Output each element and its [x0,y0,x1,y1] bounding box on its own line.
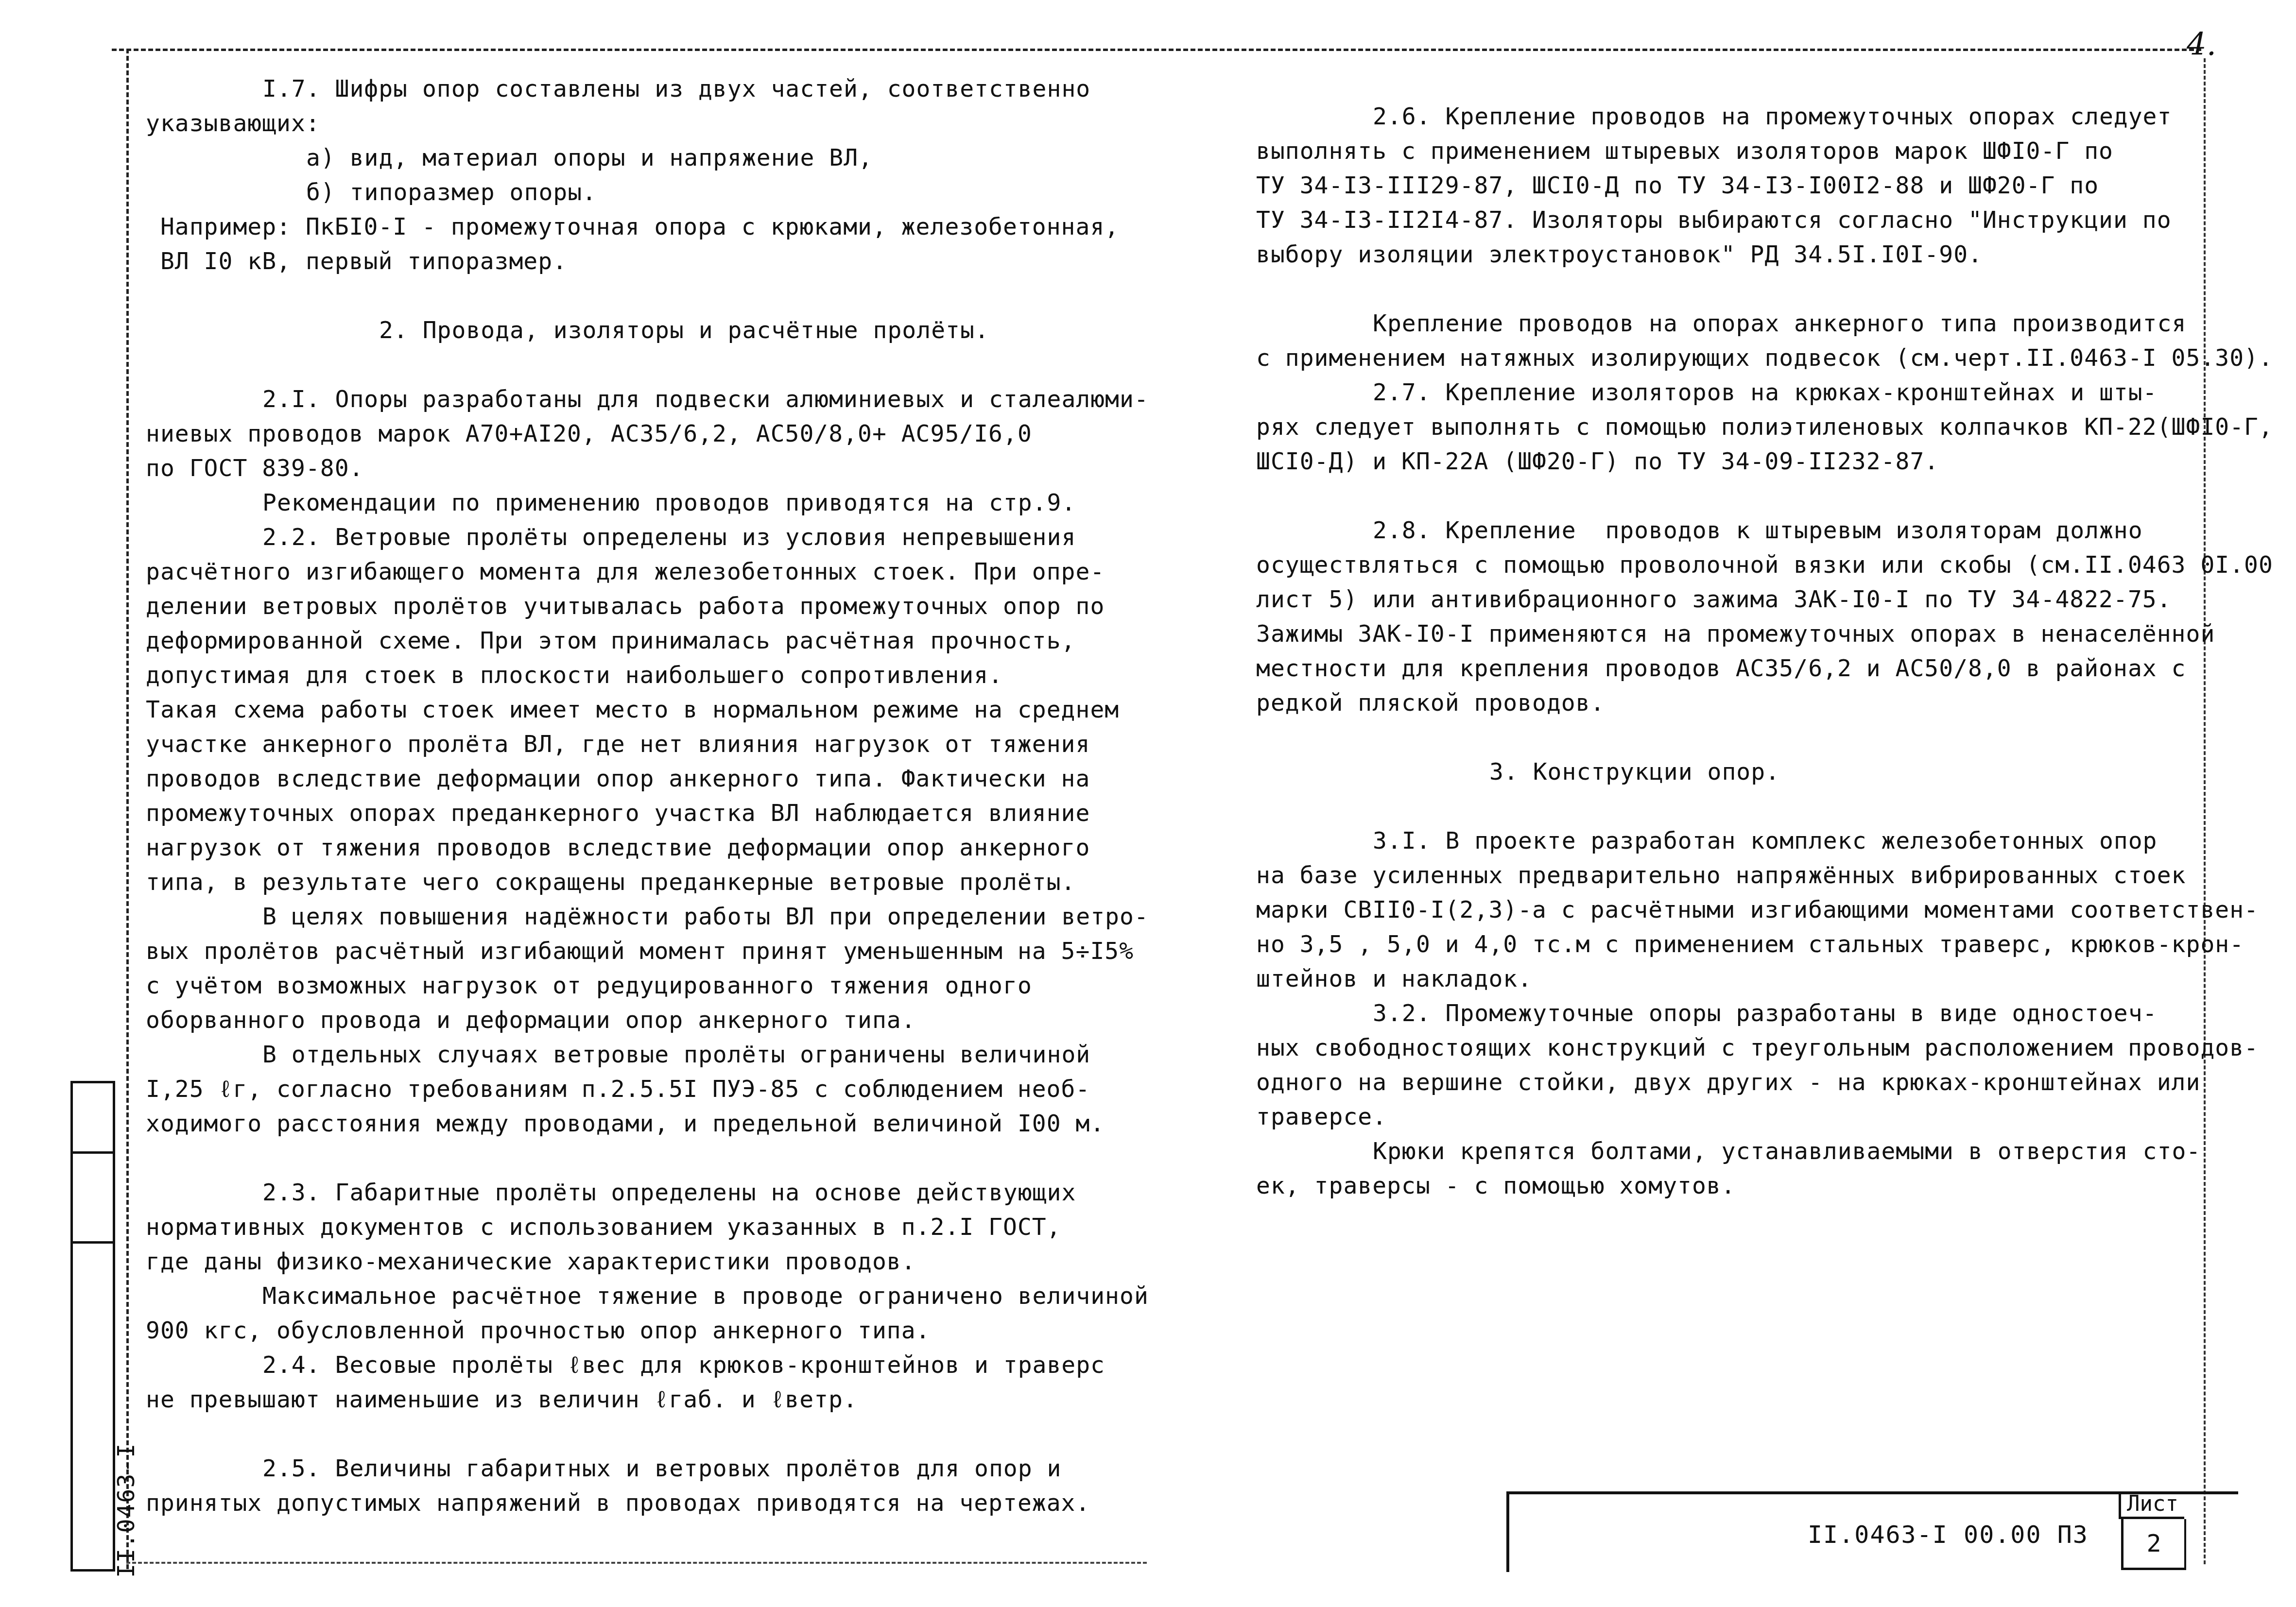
text-line: Такая схема работы стоек имеет место в н… [146,693,1149,727]
text-line: 2.6. Крепление проводов на промежуточных… [1256,100,2273,134]
text-line [1256,272,2273,307]
text-line: 2.8. Крепление проводов к штыревым изоля… [1256,513,2273,548]
text-line: выбору изоляции электроустановок" РД 34.… [1256,238,2273,272]
text-line: промежуточных опорах преданкерного участ… [146,796,1149,831]
left-text-column: I.7. Шифры опор составлены из двух часте… [146,72,1149,1521]
text-line: ходимого расстояния между проводами, и п… [146,1107,1149,1141]
text-line: оборванного провода и деформации опор ан… [146,1003,1149,1038]
text-line: 900 кгс, обусловленной прочностью опор а… [146,1314,1149,1348]
text-line: рях следует выполнять с помощью полиэтил… [1256,410,2273,444]
text-line: местности для крепления проводов АС35/6,… [1256,651,2273,686]
text-line: нормативных документов с использованием … [146,1210,1149,1245]
text-line: 3.2. Промежуточные опоры разработаны в в… [1256,996,2273,1031]
text-line [1256,479,2273,513]
text-line: 2.7. Крепление изоляторов на крюках-крон… [1256,376,2273,410]
side-stamp-cell [73,1154,113,1244]
drawing-frame-top-border [112,49,2201,51]
text-line: б) типоразмер опоры. [146,175,1149,210]
text-line: ШСI0-Д) и КП-22А (ШФ20-Г) по ТУ 34-09-II… [1256,444,2273,479]
text-line: где даны физико-механические характерист… [146,1245,1149,1279]
text-line [146,1141,1149,1176]
text-line: Рекомендации по применению проводов прив… [146,486,1149,520]
text-line: Крепление проводов на опорах анкерного т… [1256,307,2273,341]
text-line: Максимальное расчётное тяжение в проводе… [146,1279,1149,1314]
side-stamp-cell [73,1083,113,1154]
text-line: с учётом возможных нагрузок от редуциров… [146,969,1149,1003]
text-line: 3.I. В проекте разработан комплекс желез… [1256,824,2273,858]
text-line: 2.5. Величины габаритных и ветровых прол… [146,1452,1149,1486]
text-line: нагрузок от тяжения проводов вследствие … [146,831,1149,865]
text-line: деформированной схеме. При этом принимал… [146,624,1149,658]
text-line: Зажимы ЗАК-I0-I применяются на промежуто… [1256,617,2273,651]
text-line [146,348,1149,382]
drawing-frame-bottom-border [126,1562,1147,1564]
drawing-frame-left-border [126,49,129,1569]
right-text-column: 2.6. Крепление проводов на промежуточных… [1256,100,2273,1203]
text-line [1256,720,2273,755]
text-line: редкой пляской проводов. [1256,686,2273,720]
title-block-sheet-label: Лист [2119,1491,2184,1519]
text-line: штейнов и накладок. [1256,962,2273,996]
text-line: ТУ 34-I3-III29-87, ШСI0-Д по ТУ 34-I3-I0… [1256,169,2273,203]
text-line: Например: ПкБI0-I - промежуточная опора … [146,210,1149,244]
text-line: ТУ 34-I3-II2I4-87. Изоляторы выбираются … [1256,203,2273,238]
text-line [146,1417,1149,1452]
text-line: I.7. Шифры опор составлены из двух часте… [146,72,1149,106]
text-line: с применением натяжных изолирующих подве… [1256,341,2273,376]
text-line: ных свободностоящих конструкций с треуго… [1256,1031,2273,1065]
side-stamp-code: II.0463-I [113,1432,140,1578]
text-line: проводов вследствие деформации опор анке… [146,762,1149,796]
text-line: выполнять с применением штыревых изолято… [1256,134,2273,169]
text-line: траверсе. [1256,1100,2273,1134]
title-block-sheet-number: 2 [2121,1519,2186,1570]
text-line: допустимая для стоек в плоскости наиболь… [146,658,1149,693]
text-line: участке анкерного пролёта ВЛ, где нет вл… [146,727,1149,762]
text-line [146,279,1149,313]
section-heading: 2. Провода, изоляторы и расчётные пролёт… [146,313,1149,348]
text-line: ВЛ I0 кВ, первый типоразмер. [146,244,1149,279]
text-line: осуществляться с помощью проволочной вяз… [1256,548,2273,582]
text-line: ек, траверсы - с помощью хомутов. [1256,1169,2273,1203]
text-line: а) вид, материал опоры и напряжение ВЛ, [146,141,1149,175]
text-line: Крюки крепятся болтами, устанавливаемыми… [1256,1134,2273,1169]
text-line: В отдельных случаях ветровые пролёты огр… [146,1038,1149,1072]
title-block-document-code: II.0463-I 00.00 ПЗ [1808,1521,2089,1549]
text-line: принятых допустимых напряжений в провода… [146,1486,1149,1521]
text-line: марки СВII0-I(2,3)-а с расчётными изгиба… [1256,893,2273,927]
text-line: но 3,5 , 5,0 и 4,0 тс.м с применением ст… [1256,927,2273,962]
text-line: ниевых проводов марок А70+АI20, АС35/6,2… [146,417,1149,451]
text-line: вых пролётов расчётный изгибающий момент… [146,934,1149,969]
text-line: 2.3. Габаритные пролёты определены на ос… [146,1176,1149,1210]
text-line: 2.4. Весовые пролёты ℓвес для крюков-кро… [146,1348,1149,1383]
text-line: одного на вершине стойки, двух других - … [1256,1065,2273,1100]
section-heading: 3. Конструкции опор. [1256,755,2273,789]
text-line: 2.I. Опоры разработаны для подвески алюм… [146,382,1149,417]
text-line: указывающих: [146,106,1149,141]
text-line: на базе усиленных предварительно напряжё… [1256,858,2273,893]
text-line: лист 5) или антивибрационного зажима ЗАК… [1256,582,2273,617]
text-line [1256,789,2273,824]
text-line: I,25 ℓг, согласно требованиям п.2.5.5I П… [146,1072,1149,1107]
text-line: 2.2. Ветровые пролёты определены из усло… [146,520,1149,555]
text-line: делении ветровых пролётов учитывалась ра… [146,589,1149,624]
text-line: по ГОСТ 839-80. [146,451,1149,486]
side-stamp: II.0463-I [70,1081,115,1572]
text-line: расчётного изгибающего момента для желез… [146,555,1149,589]
text-line: не превышают наименьшие из величин ℓгаб.… [146,1383,1149,1417]
text-line: типа, в результате чего сокращены предан… [146,865,1149,900]
handwritten-page-number: 4. [2187,27,2216,63]
text-line: В целях повышения надёжности работы ВЛ п… [146,900,1149,934]
